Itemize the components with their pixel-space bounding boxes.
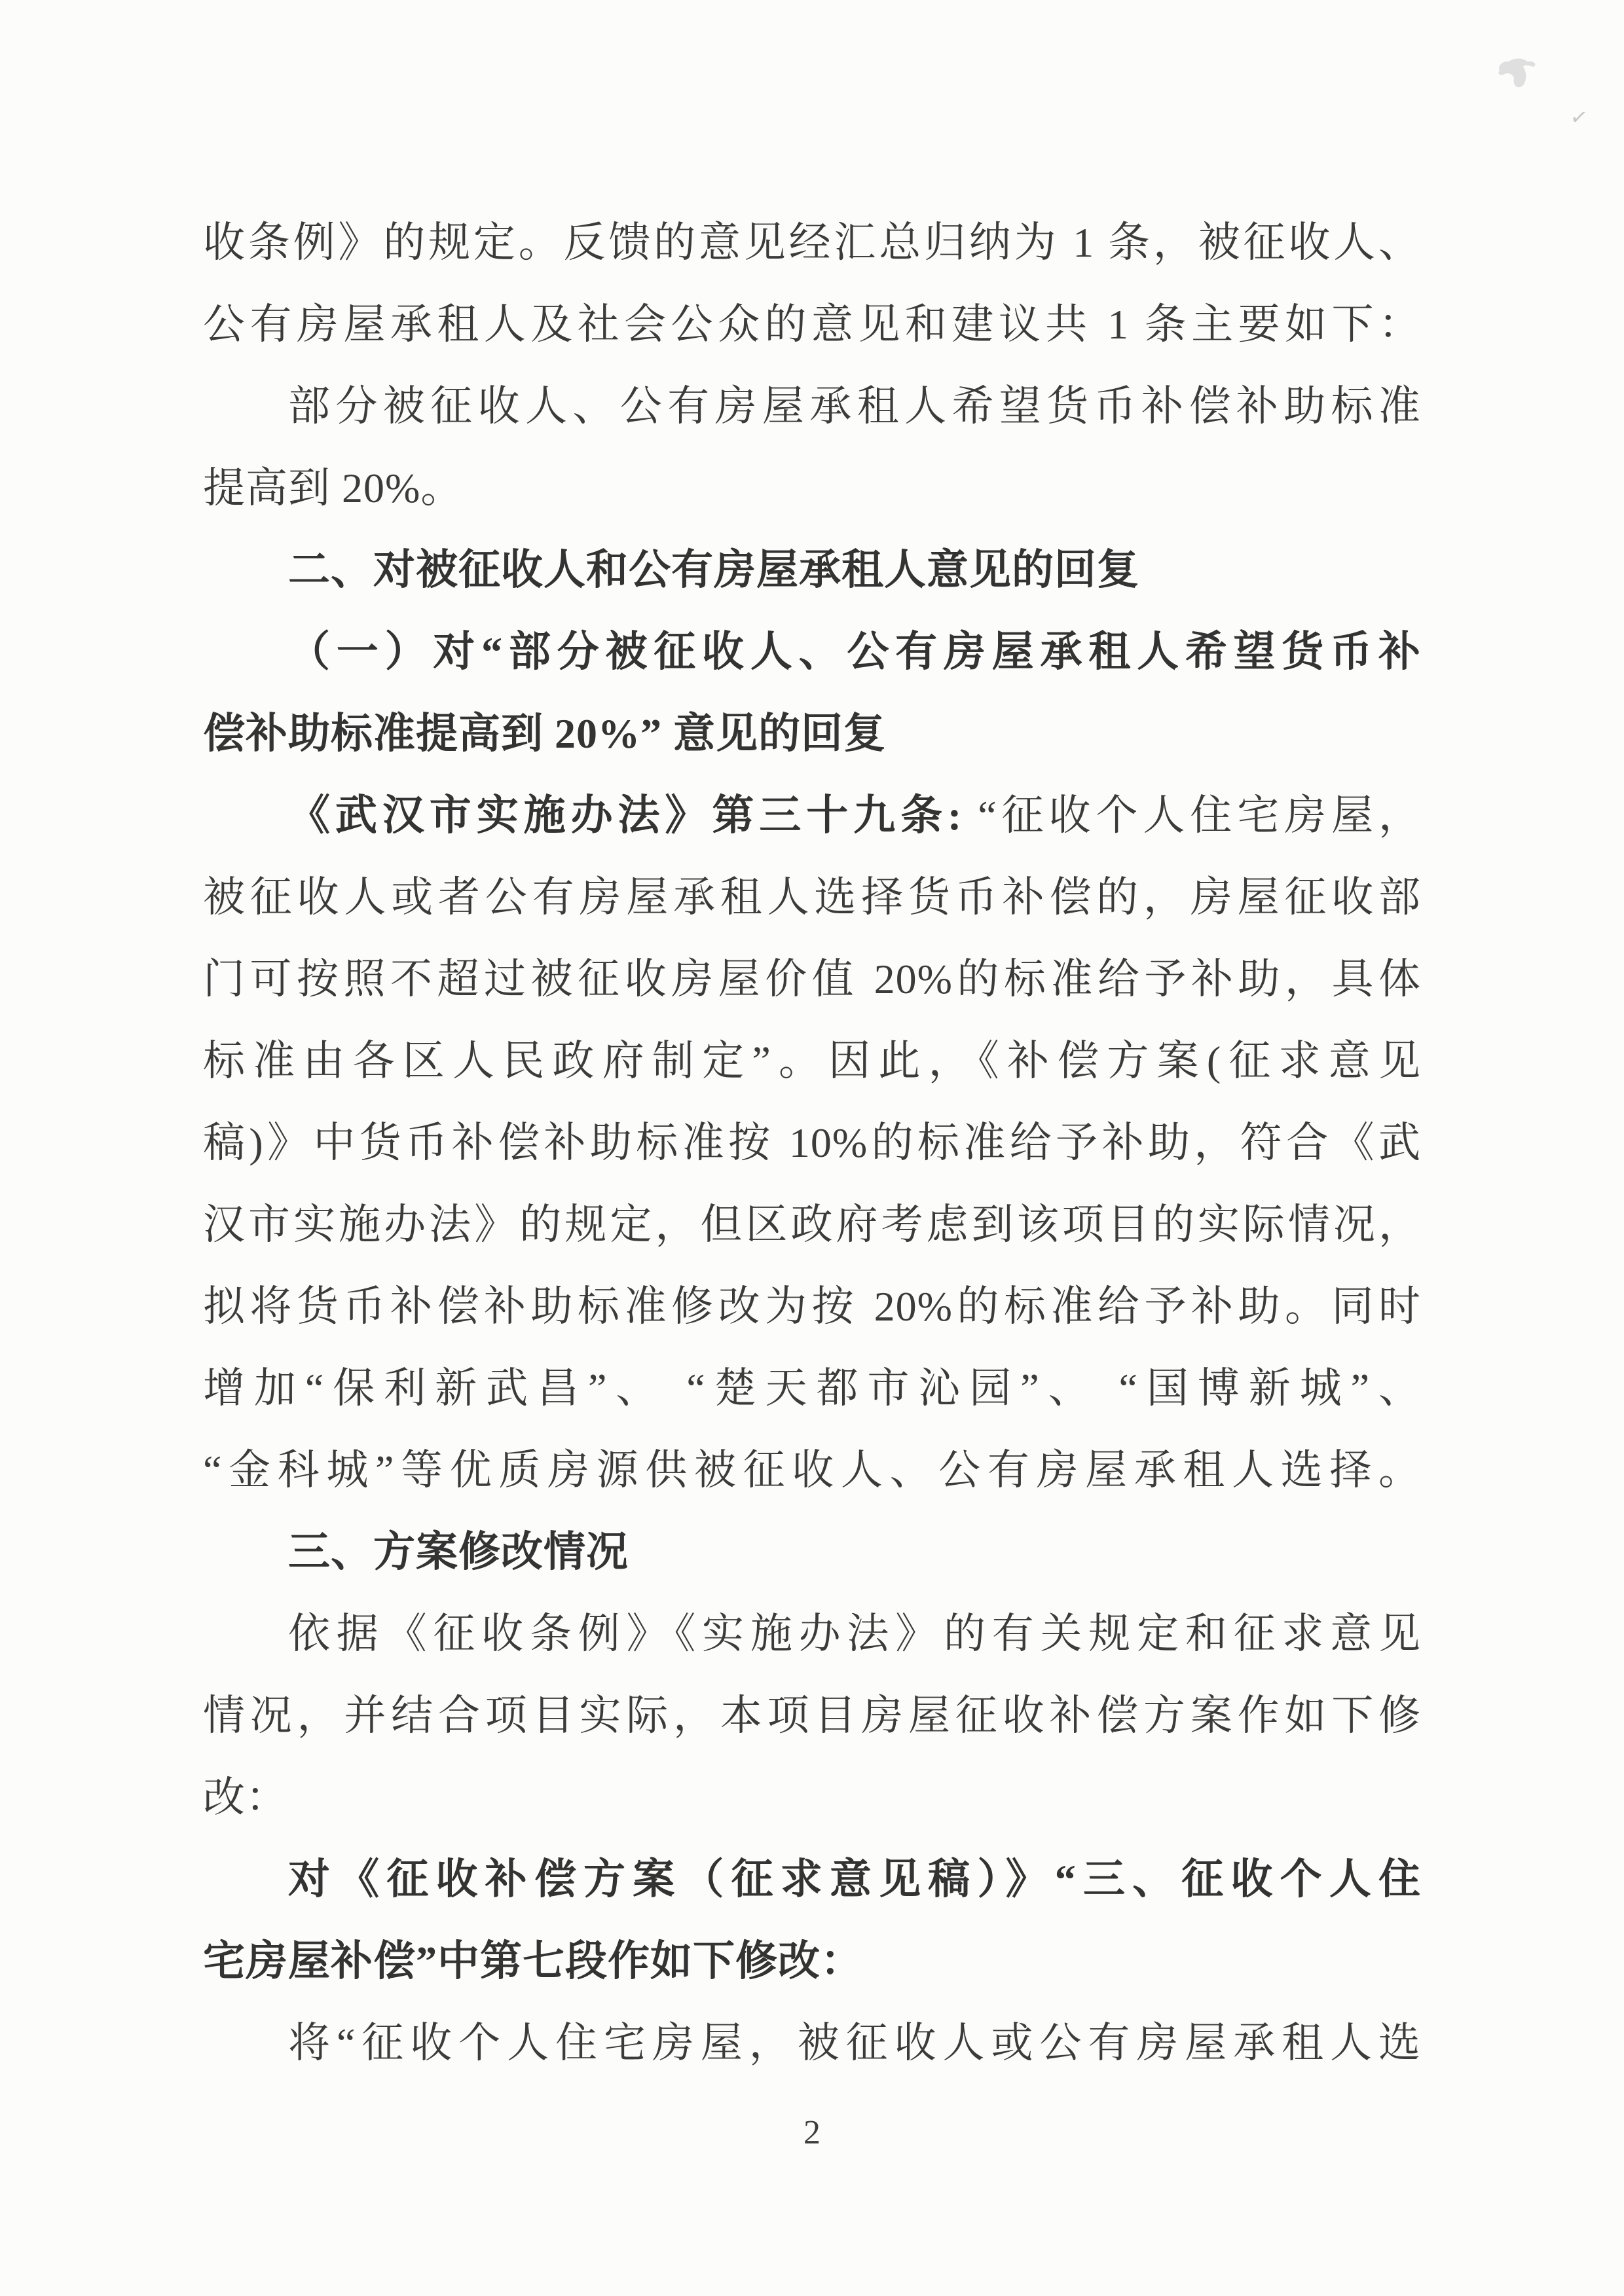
subsection-heading-1-line-1: （一）对“部分被征收人、公有房屋承租人希望货币补 [203,611,1421,693]
body-line-16: “金科城”等优质房源供被征收人、公有房屋承租人选择。 [203,1429,1421,1511]
scan-tick-artifact: ✓ [1568,103,1589,130]
body-line-13: 汉市实施办法》的规定，但区政府考虑到该项目的实际情况， [203,1184,1421,1266]
body-line-15: 增加“保利新武昌”、 “楚天都市沁园”、 “国博新城”、 [203,1347,1421,1429]
body-line-19: 情况，并结合项目实际，本项目房屋征收补偿方案作如下修 [203,1675,1421,1757]
amendment-heading-line-2: 宅房屋补偿”中第七段作如下修改： [203,1920,1421,2002]
scan-smudge-artifact [1494,56,1540,93]
body-line-10: 门可按照不超过被征收房屋价值 20%的标准给予补助，具体 [203,938,1421,1020]
body-line-20: 改： [203,1757,1421,1838]
subsection-heading-1-line-2: 偿补助标准提高到 20%” 意见的回复 [203,693,1421,774]
body-line-18: 依据《征收条例》《实施办法》的有关规定和征求意见 [203,1593,1421,1675]
section-heading-3: 三、方案修改情况 [203,1511,1421,1593]
body-line-12: 稿)》中货币补偿补助标准按 10%的标准给予补助，符合《武 [203,1102,1421,1184]
body-line-23: 将“征收个人住宅房屋，被征收人或公有房屋承租人选 [203,2002,1421,2084]
cited-regulation-text: “征收个人住宅房屋， [962,792,1421,839]
body-line-4: 提高到 20%。 [203,447,1421,529]
section-heading-2: 二、对被征收人和公有房屋承租人意见的回复 [203,529,1421,611]
amendment-heading-line-1: 对《征收补偿方案（征求意见稿）》“三、征收个人住 [203,1838,1421,1920]
body-line-14: 拟将货币补偿补助标准修改为按 20%的标准给予补助。同时 [203,1266,1421,1347]
body-line-8: 《武汉市实施办法》第三十九条: “征收个人住宅房屋， [203,774,1421,856]
body-line-1: 收条例》的规定。反馈的意见经汇总归纳为 1 条，被征收人、 [203,202,1421,283]
document-page: ✓ 收条例》的规定。反馈的意见经汇总归纳为 1 条，被征收人、 公有房屋承租人及… [0,0,1624,2296]
document-body: 收条例》的规定。反馈的意见经汇总归纳为 1 条，被征收人、 公有房屋承租人及社会… [203,202,1421,2084]
page-number: 2 [0,2113,1624,2153]
body-line-11: 标准由各区人民政府制定”。因此，《补偿方案(征求意见 [203,1020,1421,1102]
body-line-2: 公有房屋承租人及社会公众的意见和建议共 1 条主要如下： [203,283,1421,365]
body-line-3: 部分被征收人、公有房屋承租人希望货币补偿补助标准 [203,365,1421,447]
body-line-9: 被征收人或者公有房屋承租人选择货币补偿的，房屋征收部 [203,856,1421,938]
cited-regulation-title: 《武汉市实施办法》第三十九条: [288,792,962,839]
